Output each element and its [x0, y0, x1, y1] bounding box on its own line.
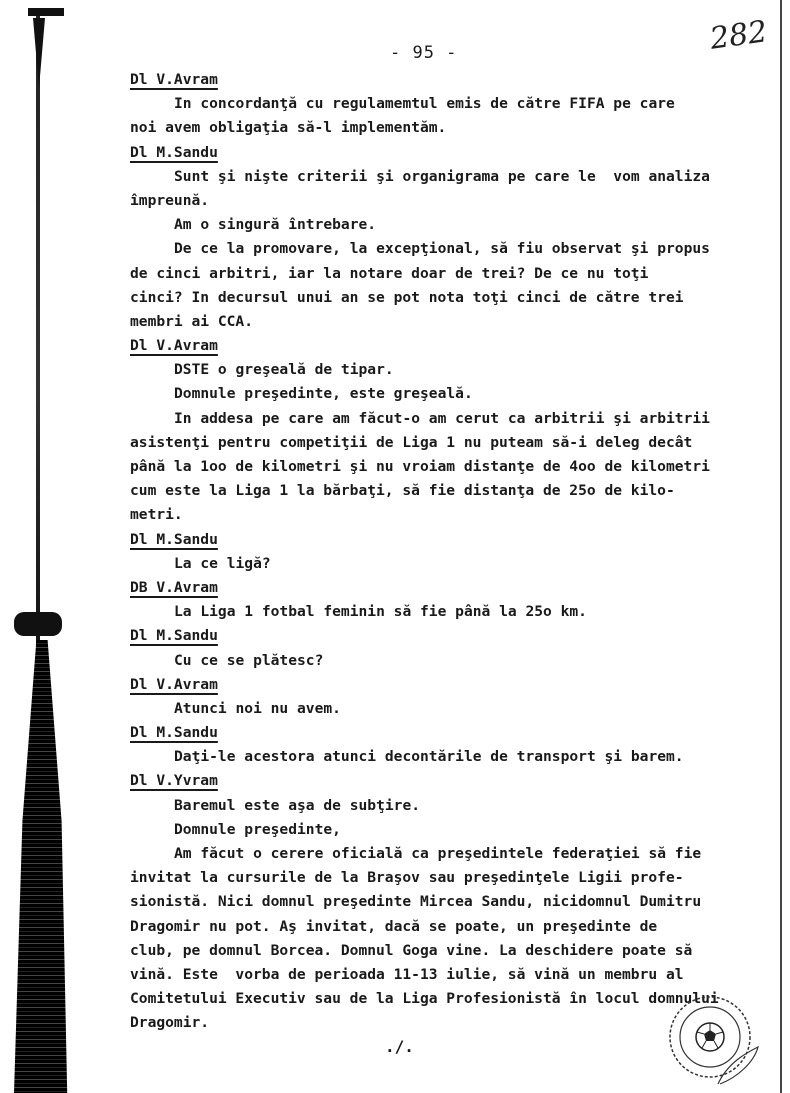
transcript-line: cum este la Liga 1 la bărbaţi, să fie di… [130, 479, 780, 503]
transcript-line: Domnule preşedinte, [130, 818, 780, 842]
speaker-name: Dl M.Sandu [130, 141, 228, 165]
speaker-name: Dl M.Sandu [130, 721, 228, 745]
transcript-line: Cu ce se plătesc? [130, 649, 780, 673]
binding-clip [14, 612, 62, 636]
transcript-line: club, pe domnul Borcea. Domnul Goga vine… [130, 939, 780, 963]
transcript-line: In concordanţă cu regulamemtul emis de c… [130, 92, 780, 116]
binding-cap [28, 8, 64, 16]
binding-strip [0, 0, 70, 1093]
official-stamp [658, 992, 776, 1088]
speaker-name: Dl V.Yvram [130, 769, 228, 793]
speaker-line: Dl M.Sandu [130, 624, 780, 648]
binding-spike [33, 18, 45, 88]
football-icon [696, 1023, 724, 1051]
speaker-line: Dl V.Avram [130, 673, 780, 697]
transcript-line: sionistă. Nici domnul preşedinte Mircea … [130, 890, 780, 914]
page-edge-line [780, 0, 782, 1093]
transcript-line: asistenţi pentru competiţii de Liga 1 nu… [130, 431, 780, 455]
transcript-line: cinci? In decursul unui an se pot nota t… [130, 286, 780, 310]
transcript-line: împreună. [130, 189, 780, 213]
speaker-name: DB V.Avram [130, 576, 228, 600]
end-mark: ./. [385, 1037, 414, 1056]
transcript-line: de cinci arbitri, iar la notare doar de … [130, 262, 780, 286]
speaker-line: Dl M.Sandu [130, 141, 780, 165]
transcript-line: La ce ligă? [130, 552, 780, 576]
speaker-name: Dl V.Avram [130, 334, 228, 358]
speaker-line: DB V.Avram [130, 576, 780, 600]
transcript-line: invitat la cursurile de la Braşov sau pr… [130, 866, 780, 890]
binding-shadow [14, 640, 70, 1093]
handwritten-folio-number: 282 [708, 14, 770, 57]
transcript-line: Atunci noi nu avem. [130, 697, 780, 721]
speaker-line: Dl M.Sandu [130, 721, 780, 745]
transcript-line: La Liga 1 fotbal feminin să fie până la … [130, 600, 780, 624]
page-number: - 95 - [390, 43, 457, 63]
transcript-line: vină. Este vorba de perioada 11-13 iulie… [130, 963, 780, 987]
speaker-line: Dl V.Avram [130, 334, 780, 358]
transcript-line: metri. [130, 503, 780, 527]
transcript-line: DSTE o greşeală de tipar. [130, 358, 780, 382]
transcript-line: De ce la promovare, la excepţional, să f… [130, 237, 780, 261]
speaker-line: Dl V.Avram [130, 68, 780, 92]
transcript-line: Dragomir nu pot. Aş invitat, dacă se poa… [130, 915, 780, 939]
stamp-seal-icon [658, 992, 776, 1088]
speaker-name: Dl V.Avram [130, 673, 228, 697]
transcript-body: Dl V.AvramIn concordanţă cu regulamemtul… [130, 68, 780, 1036]
speaker-line: Dl M.Sandu [130, 528, 780, 552]
transcript-line: In addesa pe care am făcut-o am cerut ca… [130, 407, 780, 431]
transcript-line: Daţi-le acestora atunci decontările de t… [130, 745, 780, 769]
transcript-line: noi avem obligaţia să-l implementăm. [130, 116, 780, 140]
transcript-line: membri ai CCA. [130, 310, 780, 334]
transcript-line: Sunt şi nişte criterii şi organigrama pe… [130, 165, 780, 189]
speaker-name: Dl M.Sandu [130, 624, 228, 648]
speaker-name: Dl V.Avram [130, 68, 228, 92]
transcript-line: Am o singură întrebare. [130, 213, 780, 237]
transcript-line: Baremul este aşa de subţire. [130, 794, 780, 818]
speaker-line: Dl V.Yvram [130, 769, 780, 793]
transcript-line: Am făcut o cerere oficială ca preşedinte… [130, 842, 780, 866]
transcript-line: până la 1oo de kilometri şi nu vroiam di… [130, 455, 780, 479]
transcript-line: Domnule preşedinte, este greşeală. [130, 382, 780, 406]
speaker-name: Dl M.Sandu [130, 528, 228, 552]
